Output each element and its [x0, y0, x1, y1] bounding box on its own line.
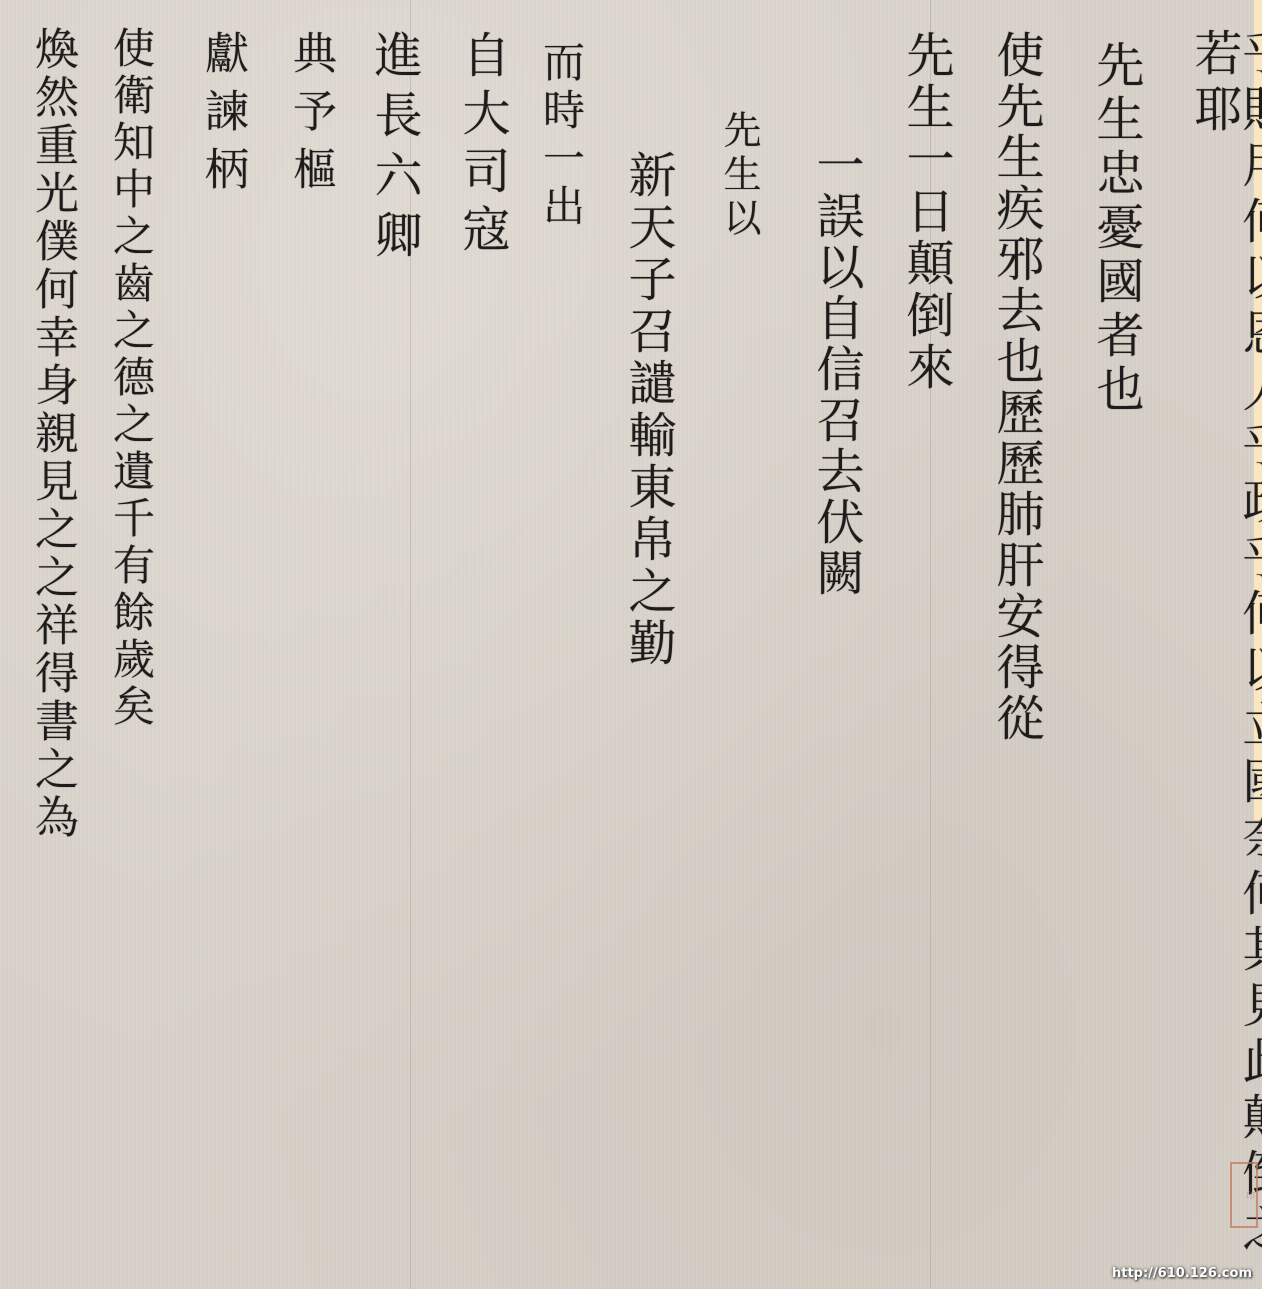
watermark-url: http://610.126.com [1112, 1266, 1252, 1281]
text-column-7: 新天子召譴輸東帛之勤 [624, 150, 672, 670]
text-column-14: 煥然重光僕何幸身親見之之祥得書之為 [30, 26, 74, 842]
text-column-12: 獻諫柄 [200, 30, 244, 204]
text-column-9: 自大司寇 [458, 30, 506, 262]
calligraphy-scroll: 乎財用何以恩人乎政乎何以立國奈何其見此顛倒之若耶 先生忠憂國者也 使先生疾邪去也… [0, 0, 1262, 1289]
text-column-5: 一誤以自信召去伏闕 [812, 140, 860, 599]
text-column-6: 先生以 [720, 110, 758, 242]
text-column-10: 進長六卿 [370, 30, 418, 270]
text-column-11: 典予樞 [288, 30, 332, 204]
text-column-4: 先生一日顛倒來 [902, 30, 950, 394]
red-seal-stamp: 印 [1230, 1162, 1258, 1228]
text-column-8: 而時一出 [540, 40, 582, 232]
text-column-13: 使衛知中之齒之德之遺千有餘歲矣 [110, 26, 152, 731]
text-column-1: 乎財用何以恩人乎政乎何以立國奈何其見此顛倒之若耶 [1190, 28, 1262, 1289]
text-column-2: 先生忠憂國者也 [1092, 40, 1140, 418]
text-column-3: 使先生疾邪去也歷歷肺肝安得從 [992, 30, 1040, 744]
